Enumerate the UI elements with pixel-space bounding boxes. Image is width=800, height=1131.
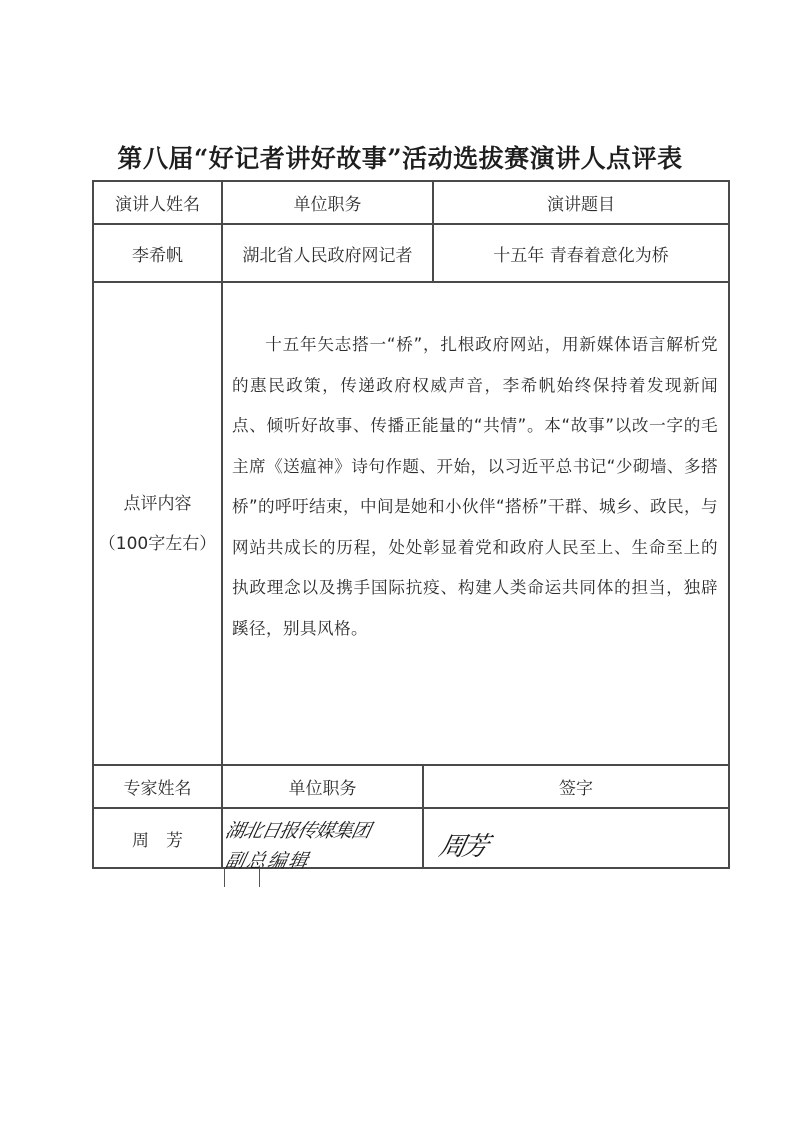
expert-name: 周 芳 [94, 809, 221, 867]
header-expert-name: 专家姓名 [94, 766, 221, 807]
expert-position-handwritten: 湖北日报传媒集团 [223, 816, 373, 843]
table-border-right [728, 180, 730, 869]
comment-label: 点评内容 [124, 484, 192, 524]
expert-signature: 周芳 [436, 826, 490, 863]
document-title: 第八届“好记者讲好故事”活动选拔赛演讲人点评表 [0, 139, 800, 175]
comment-label-cell: 点评内容 （100字左右） [94, 283, 221, 764]
header-expert-position: 单位职务 [223, 766, 422, 807]
speech-topic: 十五年 青春着意化为桥 [434, 225, 728, 281]
table-border-bottom [92, 867, 730, 869]
comment-text: 十五年矢志搭一“桥”，扎根政府网站，用新媒体语言解析党的惠民政策，传递政府权威声… [232, 325, 718, 649]
expert-position-handwritten: 副总编辑 [223, 846, 313, 873]
header-speaker-name: 演讲人姓名 [94, 182, 221, 223]
header-speech-topic: 演讲题目 [434, 182, 728, 223]
comment-label-note: （100字左右） [99, 524, 216, 564]
speaker-position: 湖北省人民政府网记者 [223, 225, 432, 281]
header-speaker-position: 单位职务 [223, 182, 432, 223]
header-signature: 签字 [424, 766, 728, 807]
speaker-name: 李希帆 [94, 225, 221, 281]
